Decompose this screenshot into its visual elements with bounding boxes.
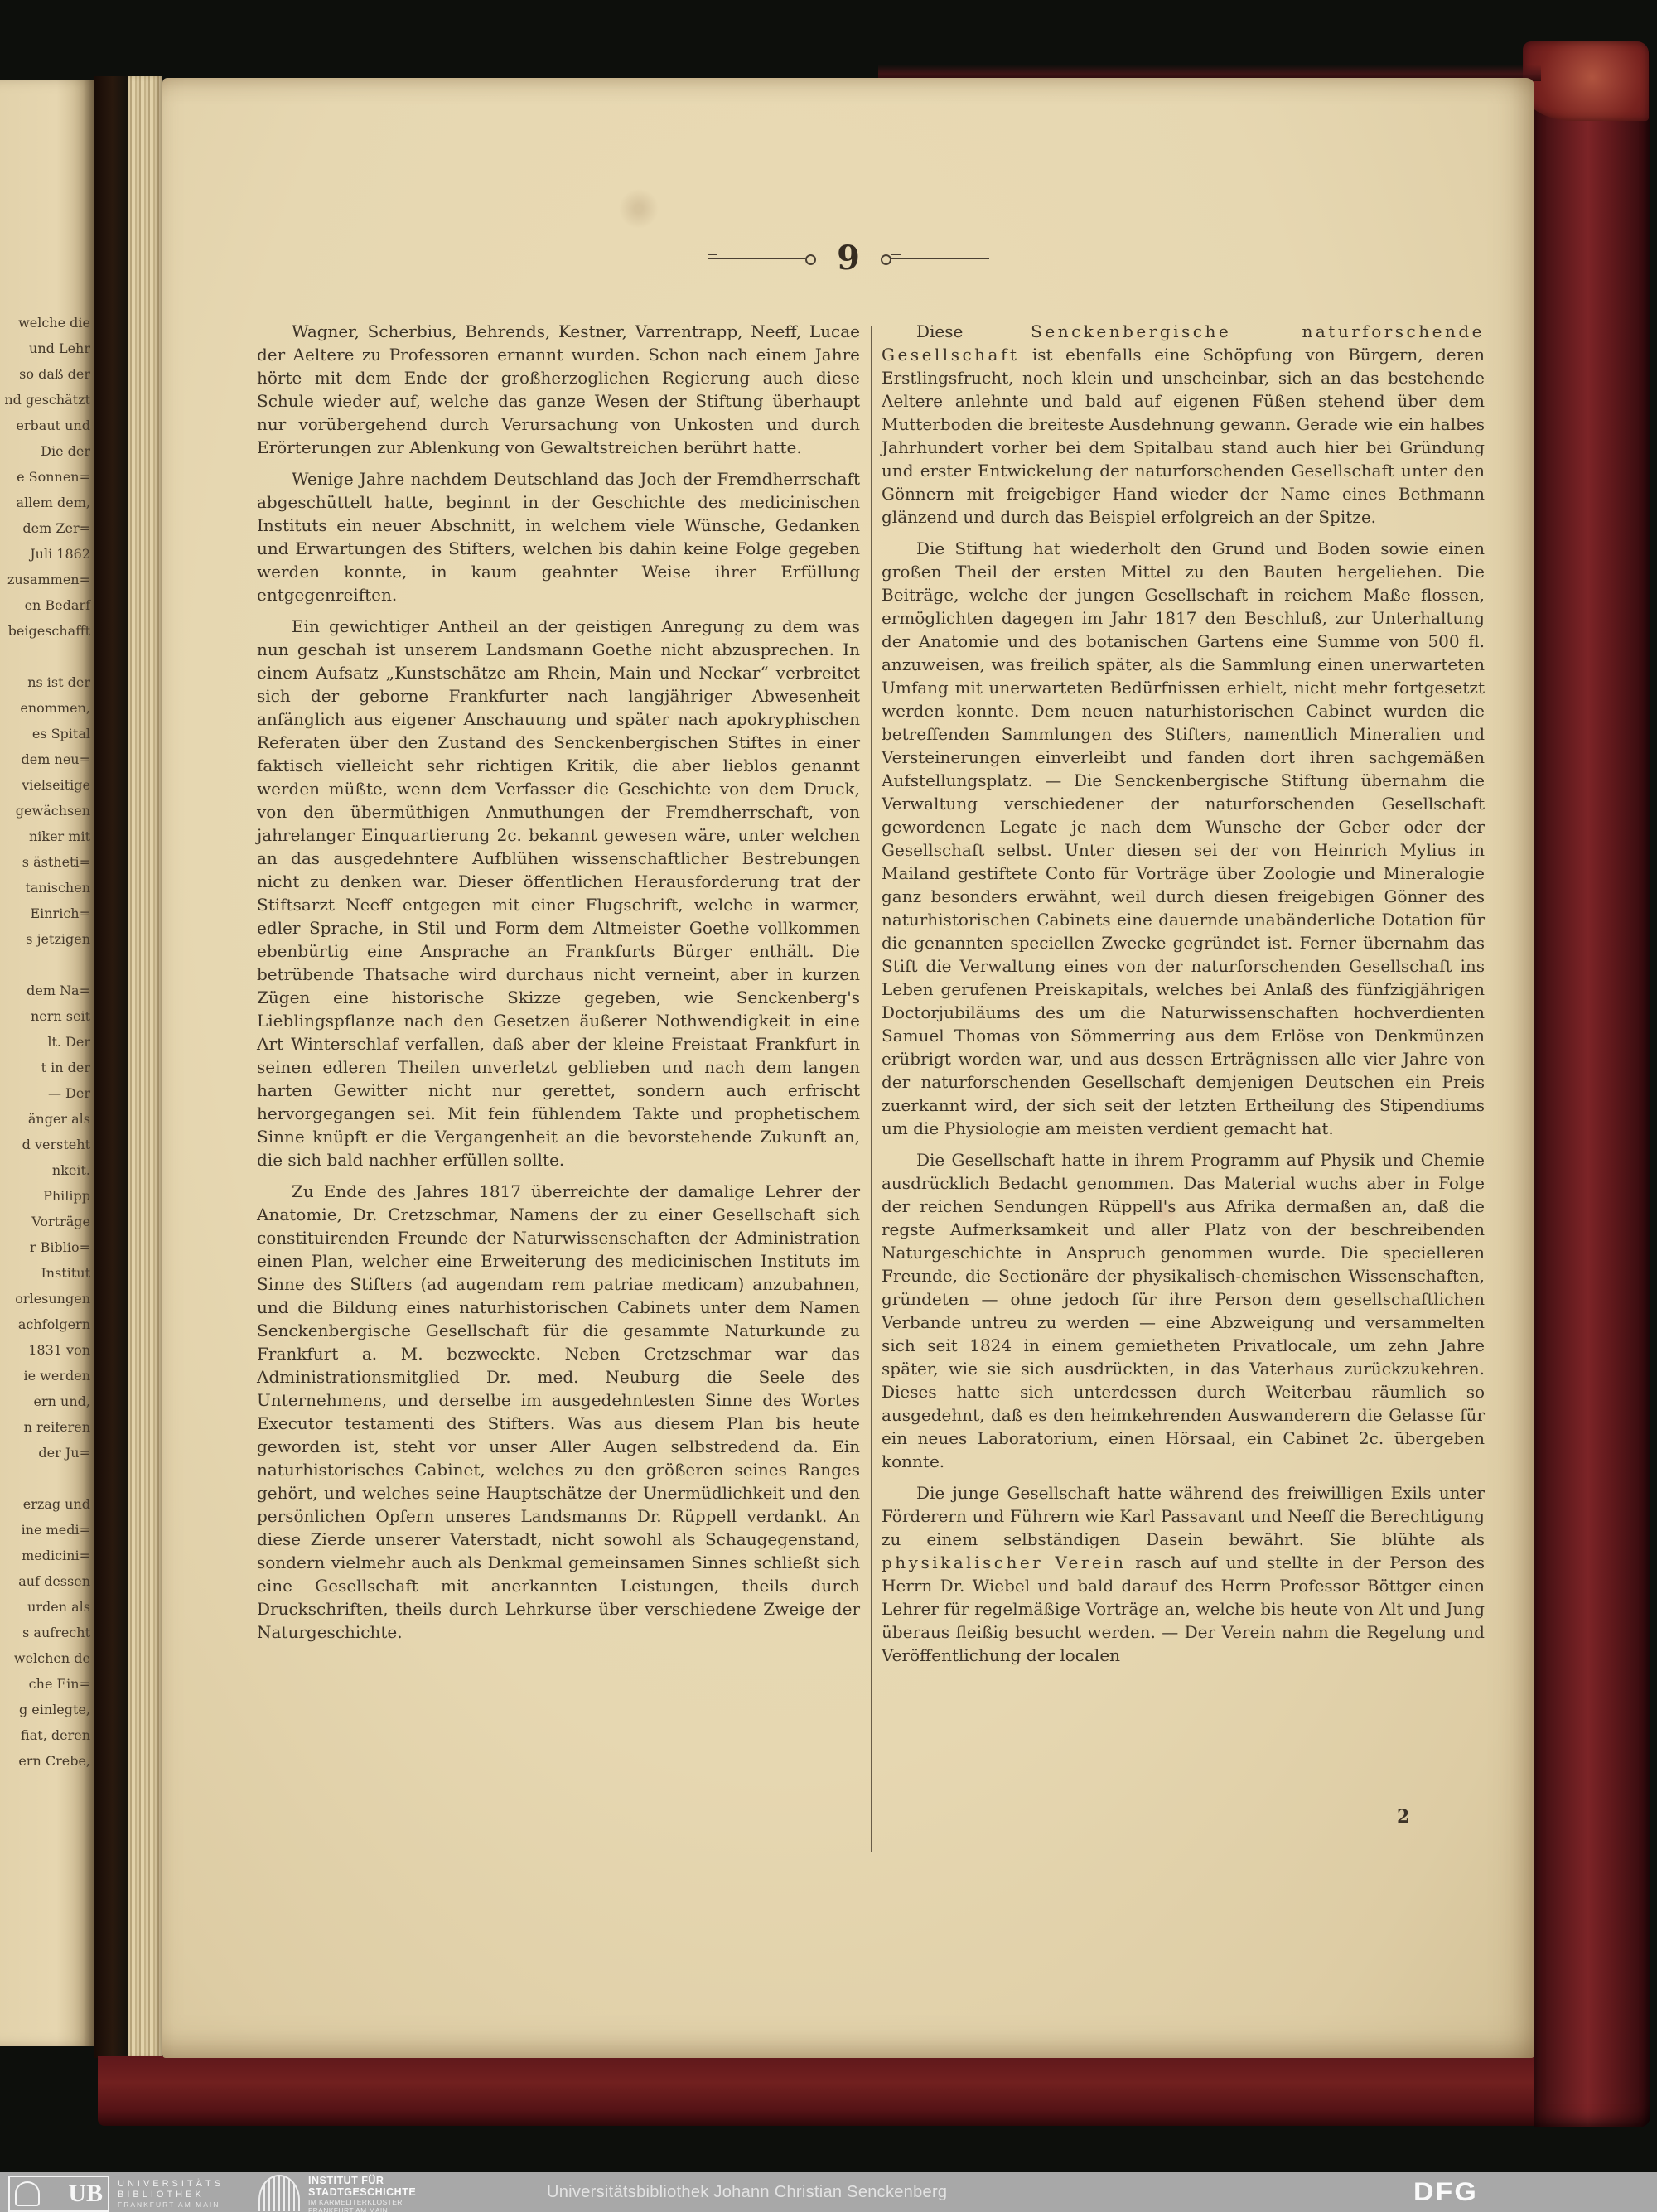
margin-fragment: zusammen= [0, 567, 94, 592]
margin-fragment: welchen de [0, 1645, 94, 1671]
margin-fragment: en Bedarf [0, 592, 94, 618]
margin-fragment: vielseitige [0, 772, 94, 798]
margin-fragment: allem dem, [0, 490, 94, 515]
margin-fragment: d versteht [0, 1132, 94, 1157]
margin-fragment: der Ju= [0, 1440, 94, 1466]
ub-line3: FRANKFURT AM MAIN [118, 2200, 224, 2209]
book-gutter-shadow [94, 76, 128, 2058]
ub-line2: BIBLIOTHEK [118, 2190, 224, 2200]
margin-fragment: Juli 1862 [0, 541, 94, 567]
margin-fragment: Einrich= [0, 901, 94, 926]
margin-fragment: ern Crebe, [0, 1748, 94, 1774]
page-number: 9 [837, 242, 860, 275]
ub-logo-figure-icon [15, 2181, 40, 2206]
margin-fragment: es Spital [0, 721, 94, 746]
margin-fragment: enommen, [0, 695, 94, 721]
margin-fragment: — Der [0, 1080, 94, 1106]
margin-fragment: s ästheti= [0, 849, 94, 875]
margin-fragment: ine medi= [0, 1517, 94, 1543]
text-column-left: Wagner, Scherbius, Behrends, Kestner, Va… [257, 320, 860, 1675]
paragraph: Ein gewichtiger Antheil an der geistigen… [257, 615, 860, 1171]
margin-fragment: und Lehr [0, 336, 94, 361]
ub-logo-text: UNIVERSITÄTS BIBLIOTHEK FRANKFURT AM MAI… [118, 2179, 224, 2209]
margin-fragment: t in der [0, 1055, 94, 1080]
ub-line1: UNIVERSITÄTS [118, 2179, 224, 2189]
margin-fragment: erbaut und [0, 413, 94, 438]
margin-fragment: gewächsen [0, 798, 94, 823]
margin-fragment: Vorträge [0, 1209, 94, 1234]
margin-fragment: g einlegte, [0, 1697, 94, 1722]
margin-fragment: dem Na= [0, 978, 94, 1003]
signature-mark: 2 [1397, 1806, 1409, 1828]
text-columns: Wagner, Scherbius, Behrends, Kestner, Va… [257, 320, 1496, 1675]
margin-fragment: ie werden [0, 1363, 94, 1389]
karmeliterkloster-arch-icon [258, 2175, 300, 2211]
ub-abbr: UB [68, 2181, 108, 2206]
header-ornament-right [891, 258, 989, 259]
footer-bar: UB UNIVERSITÄTS BIBLIOTHEK FRANKFURT AM … [0, 2172, 1657, 2212]
margin-fragment [0, 644, 94, 669]
page-header: 9 [162, 242, 1534, 275]
paragraph: Die Stiftung hat wiederholt den Grund un… [882, 537, 1485, 1140]
margin-fragment: s aufrecht [0, 1620, 94, 1645]
margin-fragment: nern seit [0, 1003, 94, 1029]
header-ornament-left [708, 258, 805, 259]
paragraph: Diese Senckenbergische naturforschende G… [882, 320, 1485, 529]
inst-line2: STADTGESCHICHTE [308, 2186, 416, 2198]
scanned-page: 9 Wagner, Scherbius, Behrends, Kestner, … [162, 78, 1534, 2058]
institut-logo-text: INSTITUT FÜR STADTGESCHICHTE IM KARMELIT… [308, 2175, 416, 2212]
margin-fragment: medicini= [0, 1543, 94, 1568]
margin-fragment: Die der [0, 438, 94, 464]
margin-fragment-column: welche die und Lehr so daß der nd geschä… [0, 80, 94, 1774]
margin-fragment: che Ein= [0, 1671, 94, 1697]
margin-fragment: orlesungen [0, 1286, 94, 1311]
paragraph: Die junge Gesellschaft hatte während des… [882, 1481, 1485, 1667]
margin-fragment: erzag und [0, 1491, 94, 1517]
margin-fragment: Institut [0, 1260, 94, 1286]
ub-logo-emblem-icon: UB [8, 2176, 109, 2212]
margin-fragment: urden als [0, 1594, 94, 1620]
page-edge-stack [128, 76, 162, 2058]
inst-line1: INSTITUT FÜR [308, 2175, 416, 2186]
margin-fragment [0, 1466, 94, 1491]
paragraph: Wenige Jahre nachdem Deutschland das Joc… [257, 467, 860, 606]
margin-fragment: änger als [0, 1106, 94, 1132]
book-cover-corner-worn [1523, 41, 1649, 121]
margin-fragment: nkeit. [0, 1157, 94, 1183]
paragraph: Zu Ende des Jahres 1817 überreichte der … [257, 1180, 860, 1644]
book-cover-right [1534, 48, 1650, 2127]
margin-fragment: welche die [0, 310, 94, 336]
ub-library-logo: UB UNIVERSITÄTS BIBLIOTHEK FRANKFURT AM … [8, 2176, 224, 2212]
book-cover-bottom [98, 2056, 1650, 2126]
margin-fragment: nd geschätzt [0, 387, 94, 413]
margin-fragment: beigeschafft [0, 618, 94, 644]
dfg-logo: DFG [1413, 2174, 1478, 2210]
paragraph: Wagner, Scherbius, Behrends, Kestner, Va… [257, 320, 860, 459]
margin-fragment: r Biblio= [0, 1234, 94, 1260]
margin-fragment [0, 952, 94, 978]
margin-fragment: so daß der [0, 361, 94, 387]
institut-stadtgeschichte-logo: INSTITUT FÜR STADTGESCHICHTE IM KARMELIT… [258, 2175, 416, 2212]
facing-page-edge: welche die und Lehr so daß der nd geschä… [0, 80, 94, 2046]
margin-fragment: 1831 von [0, 1337, 94, 1363]
margin-fragment: auf dessen [0, 1568, 94, 1594]
text-column-right: Diese Senckenbergische naturforschende G… [882, 320, 1485, 1675]
margin-fragment: n reiferen [0, 1414, 94, 1440]
margin-fragment: s jetzigen [0, 926, 94, 952]
margin-fragment: ns ist der [0, 669, 94, 695]
margin-fragment: niker mit [0, 823, 94, 849]
library-name-text: Universitätsbibliothek Johann Christian … [547, 2172, 947, 2212]
margin-fragment: dem Zer= [0, 515, 94, 541]
margin-fragment: dem neu= [0, 746, 94, 772]
margin-fragment: achfolgern [0, 1311, 94, 1337]
margin-fragment: fiat, deren [0, 1722, 94, 1748]
inst-line4: FRANKFURT AM MAIN [308, 2207, 416, 2212]
margin-fragment: e Sonnen= [0, 464, 94, 490]
margin-fragment: ern und, [0, 1389, 94, 1414]
paragraph: Die Gesellschaft hatte in ihrem Programm… [882, 1148, 1485, 1473]
margin-fragment: Philipp [0, 1183, 94, 1209]
margin-fragment: tanischen [0, 875, 94, 901]
margin-fragment: lt. Der [0, 1029, 94, 1055]
